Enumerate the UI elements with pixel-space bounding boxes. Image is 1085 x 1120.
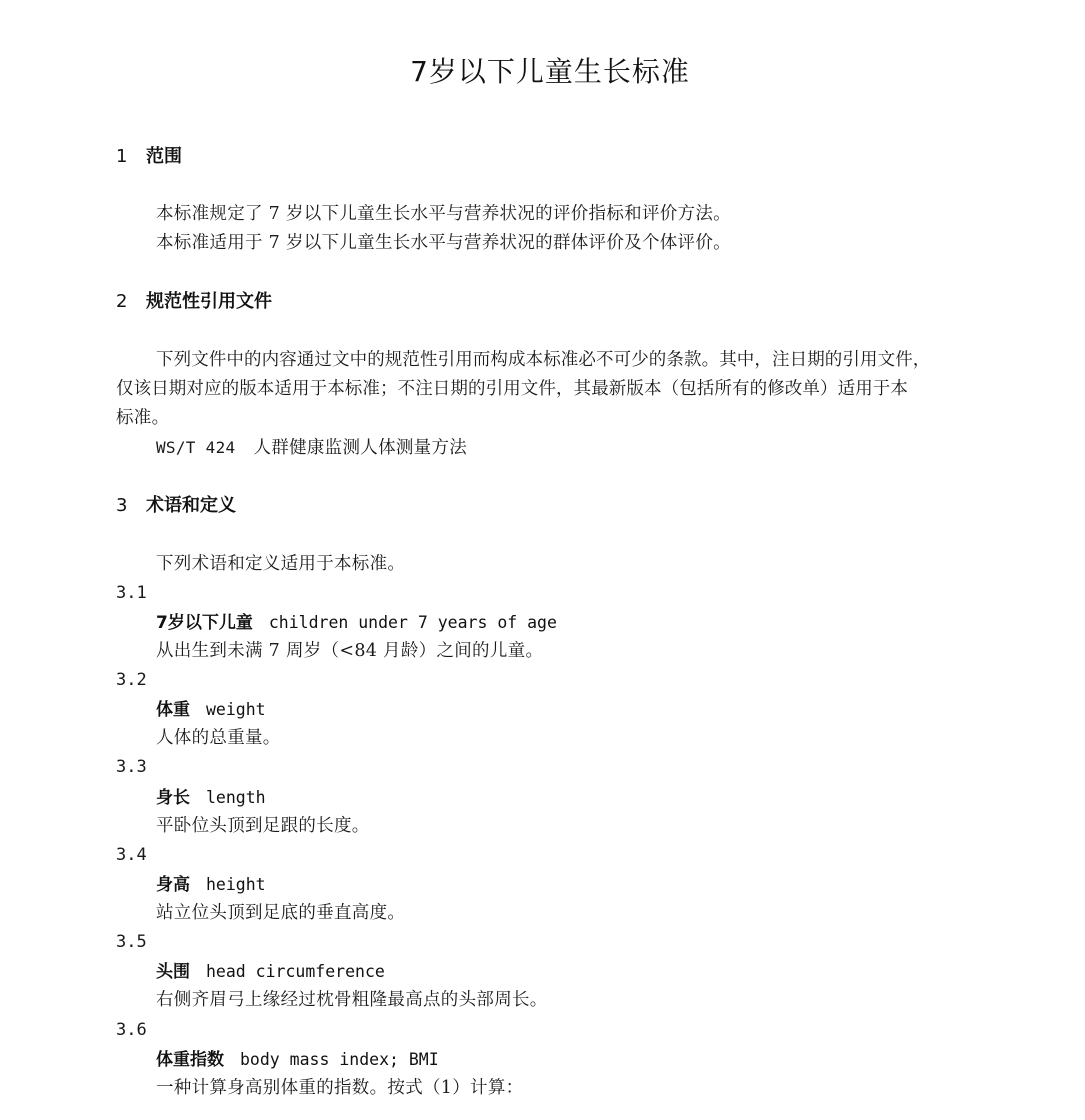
term-number: 3.5 [116,928,147,957]
reference-title: 人群健康监测人体测量方法 [253,438,467,458]
term-number: 3.3 [116,753,147,782]
term-english: weight [206,700,266,719]
section-title: 范围 [146,146,182,167]
term-entry: 身长length [156,783,266,813]
term-number: 3.1 [116,579,147,608]
references-paragraph-line-2: 仅该日期对应的版本适用于本标准；不注日期的引用文件，其最新版本（包括所有的修改单… [116,375,908,404]
term-chinese: 体重 [156,700,190,720]
term-english: head circumference [206,962,385,981]
term-chinese: 头围 [156,962,190,982]
term-definition: 人体的总重量。 [156,724,281,753]
section-heading-normative-references: 2规范性引用文件 [116,288,272,316]
term-entry: 7岁以下儿童children under 7 years of age [156,608,557,638]
term-definition: 站立位头顶到足底的垂直高度。 [156,899,405,928]
section-number: 1 [116,143,146,171]
references-paragraph-line-3: 标准。 [116,404,169,433]
section-number: 2 [116,288,146,316]
term-entry: 身高height [156,870,266,900]
term-entry: 头围head circumference [156,957,385,987]
term-chinese: 身长 [156,788,190,808]
reference-code: WS/T 424 [156,438,235,457]
term-number: 3.4 [116,841,147,870]
reference-entry: WS/T 424人群健康监测人体测量方法 [156,433,467,463]
scope-paragraph-2: 本标准适用于 7 岁以下儿童生长水平与营养状况的群体评价及个体评价。 [156,229,731,258]
term-english: body mass index; BMI [240,1050,439,1069]
term-definition: 平卧位头顶到足跟的长度。 [156,812,370,841]
term-entry: 体重指数body mass index; BMI [156,1045,439,1075]
scope-paragraph-1: 本标准规定了 7 岁以下儿童生长水平与营养状况的评价指标和评价方法。 [156,200,731,229]
term-english: children under 7 years of age [269,613,557,632]
document-title: 7岁以下儿童生长标准 [0,52,1085,92]
term-english: length [206,788,266,807]
term-entry: 体重weight [156,695,266,725]
term-number: 3.2 [116,666,147,695]
references-paragraph-line-1: 下列文件中的内容通过文中的规范性引用而构成本标准必不可少的条款。其中，注日期的引… [156,346,930,375]
term-number: 3.6 [116,1016,147,1045]
term-chinese: 身高 [156,875,190,895]
section-heading-scope: 1范围 [116,143,182,171]
section-title: 规范性引用文件 [146,291,272,312]
terms-intro: 下列术语和定义适用于本标准。 [156,550,405,579]
term-definition: 一种计算身高别体重的指数。按式（1）计算： [156,1074,523,1103]
term-chinese: 体重指数 [156,1050,224,1070]
term-english: height [206,875,266,894]
term-definition: 右侧齐眉弓上缘经过枕骨粗隆最高点的头部周长。 [156,986,548,1015]
term-definition: 从出生到未满 7 周岁（<84 月龄）之间的儿童。 [156,637,543,666]
section-title: 术语和定义 [146,495,236,516]
section-number: 3 [116,492,146,520]
section-heading-terms-definitions: 3术语和定义 [116,492,236,520]
term-chinese: 7岁以下儿童 [156,613,253,633]
